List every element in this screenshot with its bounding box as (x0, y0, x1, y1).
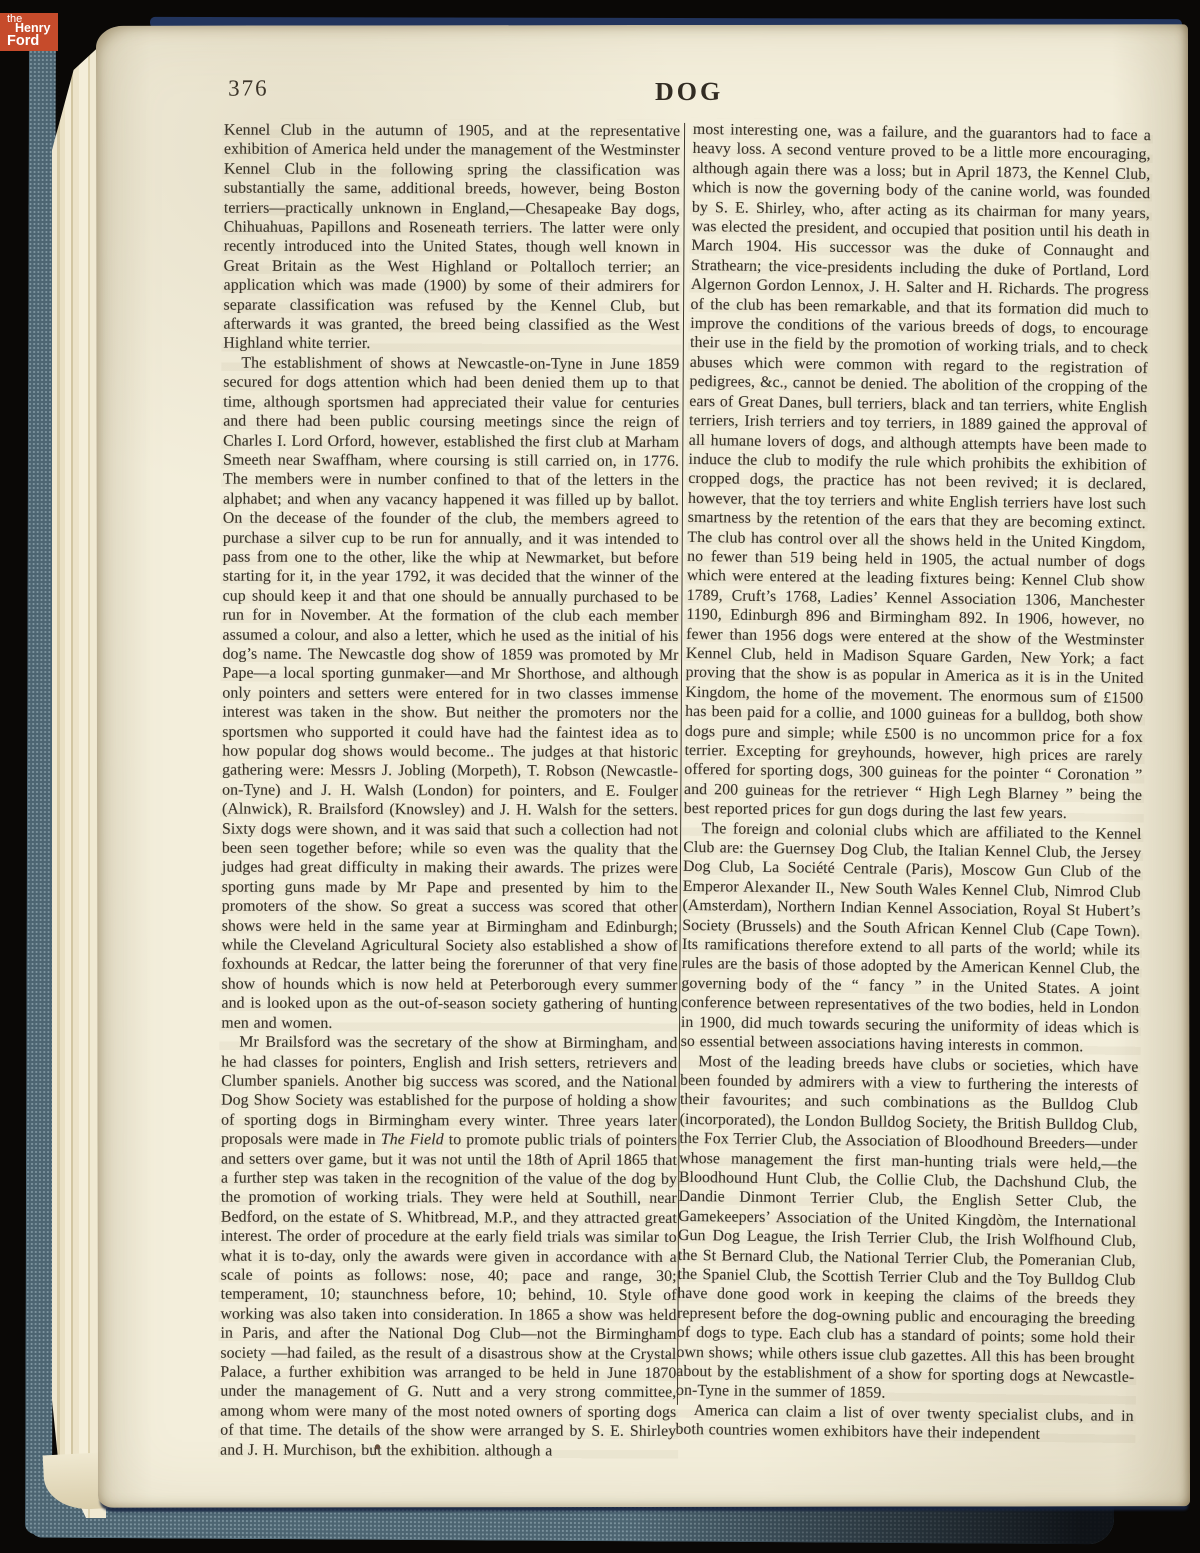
page-title: DOG (536, 77, 842, 107)
paragraph: most interesting one, was a failure, and… (684, 120, 1151, 825)
text-segment: to promote public trials of pointers and… (220, 1131, 677, 1459)
page-number: 376 (228, 76, 269, 102)
paragraph: America can claim a list of over twenty … (675, 1401, 1133, 1446)
paragraph: Most of the leading breeds have clubs or… (676, 1051, 1139, 1406)
text-segment: The foreign and colonial clubs which are… (681, 820, 1142, 1056)
left-column: Kennel Club in the autumn of 1905, and a… (220, 121, 680, 1461)
text-segment: The establishment of shows at Newcastle-… (221, 355, 679, 1032)
henry-ford-logo: the Henry Ford (0, 13, 58, 51)
book-cover-spine-edge (25, 34, 56, 1534)
right-column: most interesting one, was a failure, and… (675, 120, 1151, 1446)
text-segment: America can claim a list of over twenty … (675, 1402, 1133, 1443)
paragraph: The establishment of shows at Newcastle-… (221, 353, 679, 1034)
text-segment: Kennel Club in the autumn of 1905, and a… (223, 122, 680, 353)
paragraph: Mr Brailsford was the secretary of the s… (220, 1033, 677, 1461)
text-segment: most interesting one, was a failure, and… (684, 121, 1151, 822)
logo-word-ford: Ford (7, 33, 39, 49)
text-columns: Kennel Club in the autumn of 1905, and a… (224, 119, 1156, 1420)
paragraph: Kennel Club in the autumn of 1905, and a… (223, 121, 680, 355)
text-segment: Most of the leading breeds have clubs or… (676, 1053, 1139, 1402)
book-scan: 376 DOG Kennel Club in the autumn of 190… (0, 0, 1200, 1553)
ink-speck (375, 1444, 380, 1449)
book-page: 376 DOG Kennel Club in the autumn of 190… (96, 24, 1190, 1508)
italic-text-segment: The Field (381, 1131, 444, 1148)
paragraph: The foreign and colonial clubs which are… (681, 818, 1142, 1057)
